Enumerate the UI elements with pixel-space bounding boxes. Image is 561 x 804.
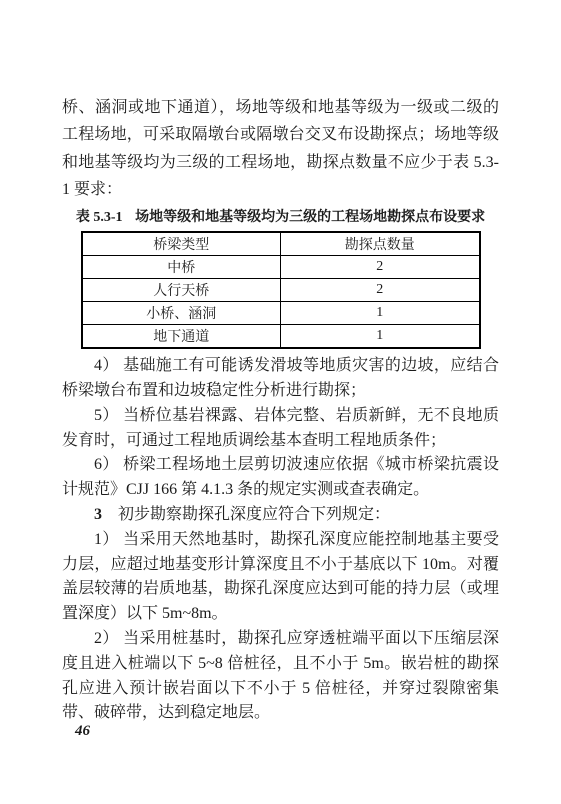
- table-header-type: 桥梁类型: [82, 232, 281, 256]
- table-row: 地下通道 1: [82, 325, 480, 349]
- table-cell-type: 小桥、涵洞: [82, 302, 281, 325]
- table-header-count: 勘探点数量: [281, 232, 480, 256]
- table-cell-count: 1: [281, 325, 480, 349]
- table-row: 中桥 2: [82, 256, 480, 279]
- table-title: 场地等级和地基等级均为三级的工程场地勘探点布设要求: [135, 210, 485, 225]
- table-cell-count: 1: [281, 302, 480, 325]
- list-item-4: 4） 基础施工有可能诱发滑坡等地质灾害的边坡，应结合桥梁墩台布置和边坡稳定性分析…: [62, 354, 499, 404]
- list-item-6: 6） 桥梁工程场地土层剪切波速应依据《城市桥梁抗震设计规范》CJJ 166 第 …: [62, 453, 499, 503]
- clause-text: 初步勘察勘探孔深度应符合下列规定：: [118, 506, 390, 523]
- survey-points-table: 桥梁类型 勘探点数量 中桥 2 人行天桥 2 小桥、涵洞 1 地下通道 1: [81, 231, 481, 349]
- list-item-5: 5） 当桥位基岩裸露、岩体完整、岩质新鲜，无不良地质发育时，可通过工程地质调绘基…: [62, 404, 499, 454]
- table-cell-type: 地下通道: [82, 325, 281, 349]
- table-caption: 表 5.3-1场地等级和地基等级均为三级的工程场地勘探点布设要求: [62, 208, 499, 228]
- document-page: 桥、涵洞或地下通道），场地等级和地基等级为一级或二级的工程场地，可采取隔墩台或隔…: [0, 0, 561, 804]
- sub-item-1: 1） 当采用天然地基时，勘探孔深度应能控制地基主要受力层，应超过地基变形计算深度…: [62, 528, 499, 627]
- table-header-row: 桥梁类型 勘探点数量: [82, 232, 480, 256]
- table-cell-count: 2: [281, 256, 480, 279]
- table-cell-type: 中桥: [82, 256, 281, 279]
- intro-paragraph: 桥、涵洞或地下通道），场地等级和地基等级为一级或二级的工程场地，可采取隔墩台或隔…: [62, 94, 499, 203]
- sub-item-2: 2） 当采用桩基时，勘探孔应穿透桩端平面以下压缩层深度且进入桩端以下 5~8 倍…: [62, 627, 499, 726]
- table-cell-type: 人行天桥: [82, 279, 281, 302]
- clause-number: 3: [94, 506, 102, 523]
- page-content: 桥、涵洞或地下通道），场地等级和地基等级为一级或二级的工程场地，可采取隔墩台或隔…: [62, 94, 499, 742]
- table-row: 人行天桥 2: [82, 279, 480, 302]
- table-cell-count: 2: [281, 279, 480, 302]
- table-row: 小桥、涵洞 1: [82, 302, 480, 325]
- clause-3: 3初步勘察勘探孔深度应符合下列规定：: [62, 503, 499, 528]
- table-label: 表 5.3-1: [76, 210, 123, 225]
